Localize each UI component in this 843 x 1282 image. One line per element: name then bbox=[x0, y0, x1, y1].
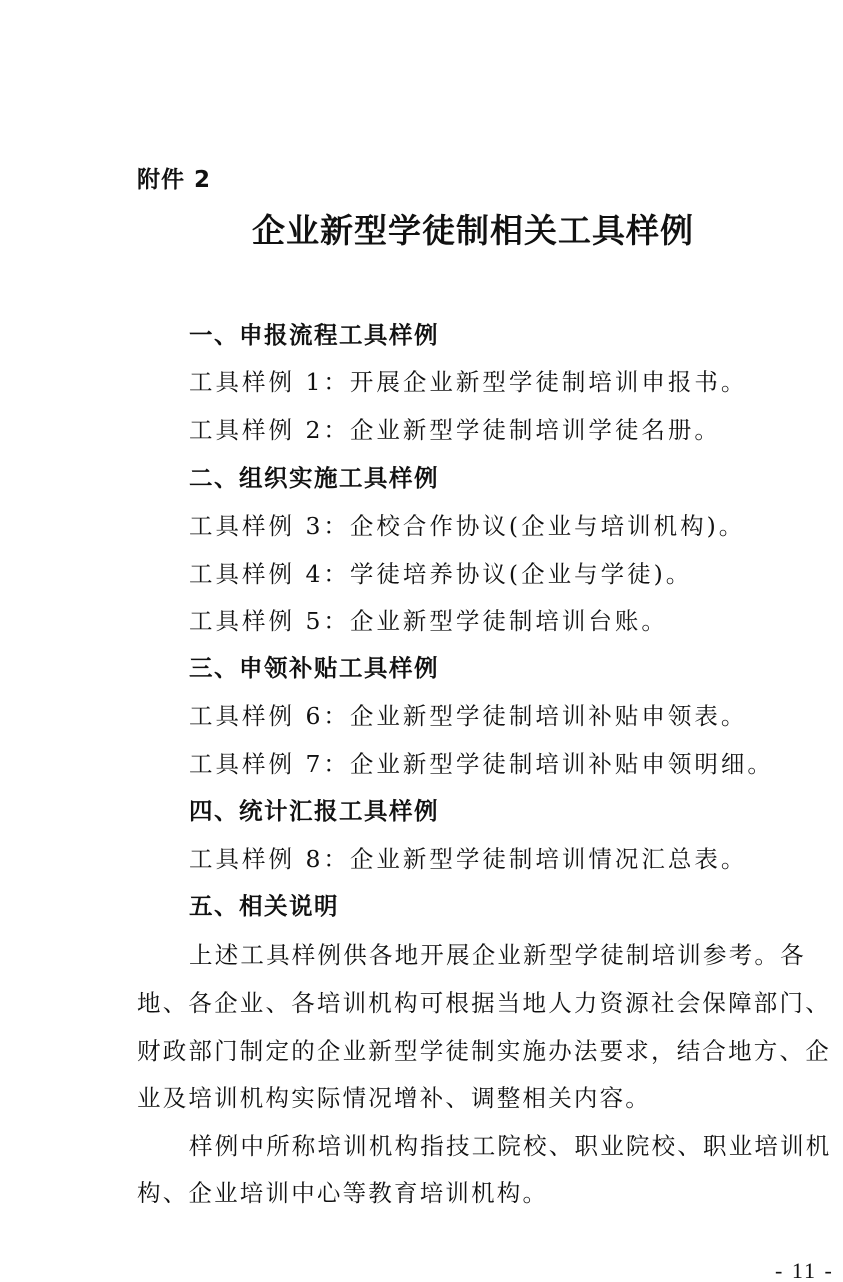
document-title: 企业新型学徒制相关工具样例 bbox=[252, 206, 694, 256]
section-heading: 四、统计汇报工具样例 bbox=[189, 796, 439, 826]
paragraph-line: 业及培训机构实际情况增补、调整相关内容。 bbox=[137, 1083, 651, 1113]
list-item: 工具样例 6：企业新型学徒制培训补贴申领表。 bbox=[189, 701, 747, 731]
paragraph-line: 样例中所称培训机构指技工院校、职业院校、职业培训机 bbox=[189, 1131, 832, 1161]
attachment-label: 附件 2 bbox=[137, 165, 211, 195]
list-item: 工具样例 5：企业新型学徒制培训台账。 bbox=[189, 606, 668, 636]
section-heading: 二、组织实施工具样例 bbox=[189, 463, 439, 493]
list-item: 工具样例 3：企校合作协议(企业与培训机构)。 bbox=[189, 511, 745, 541]
section-heading: 五、相关说明 bbox=[189, 891, 339, 921]
list-item: 工具样例 4：学徒培养协议(企业与学徒)。 bbox=[189, 559, 692, 589]
list-item: 工具样例 2：企业新型学徒制培训学徒名册。 bbox=[189, 415, 721, 445]
paragraph-line: 构、企业培训中心等教育培训机构。 bbox=[137, 1178, 548, 1208]
list-item: 工具样例 8：企业新型学徒制培训情况汇总表。 bbox=[189, 844, 747, 874]
section-heading: 一、申报流程工具样例 bbox=[189, 320, 439, 350]
section-heading: 三、申领补贴工具样例 bbox=[189, 653, 439, 683]
list-item: 工具样例 1：开展企业新型学徒制培训申报书。 bbox=[189, 367, 747, 397]
list-item: 工具样例 7：企业新型学徒制培训补贴申领明细。 bbox=[189, 749, 774, 779]
page-number: - 11 - bbox=[775, 1258, 834, 1282]
document-page: 附件 2 企业新型学徒制相关工具样例 一、申报流程工具样例 工具样例 1：开展企… bbox=[0, 0, 843, 1282]
paragraph-line: 上述工具样例供各地开展企业新型学徒制培训参考。各 bbox=[189, 940, 806, 970]
paragraph-line: 财政部门制定的企业新型学徒制实施办法要求，结合地方、企 bbox=[137, 1036, 831, 1066]
paragraph-line: 地、各企业、各培训机构可根据当地人力资源社会保障部门、 bbox=[137, 988, 831, 1018]
